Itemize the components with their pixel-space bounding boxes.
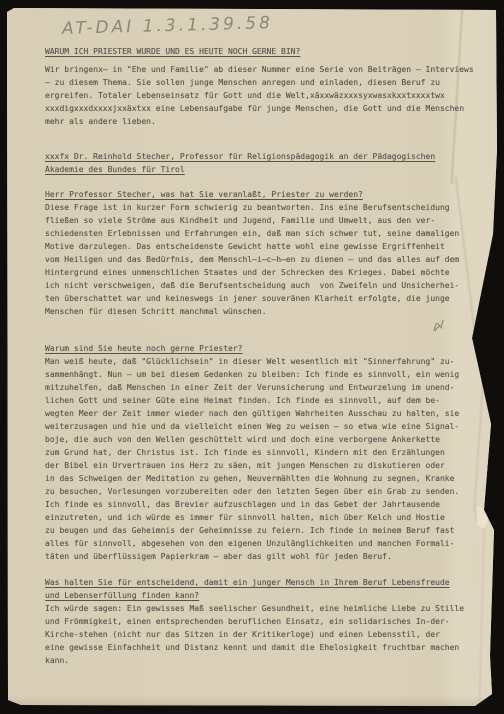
scanned-document-page: { "page": { "background_color": "#0f0e0c…: [0, 0, 504, 714]
paper-shadow: [7, 696, 497, 706]
answer-1: Diese Frage ist in kurzer Form schwierig…: [45, 201, 487, 318]
handwritten-archive-reference: AT-DAI 1.3.1.39.58: [62, 13, 273, 39]
intro: Wir bringenx̶ in "Ehe und Familie" ab di…: [45, 63, 487, 128]
pencil-correction-mark: [431, 316, 447, 334]
question-3: Was halten Sie für entscheidend, damit e…: [45, 576, 487, 602]
answer-3: Ich würde sagen: Ein gewisses Maß seelis…: [45, 602, 487, 667]
question-1: Herr Professor Stecher, was hat Sie vera…: [45, 188, 487, 201]
scanned-paper: AT-DAI 1.3.1.39.58 WARUM ICH PRIESTER WU…: [7, 8, 497, 706]
interviewee: xxxfx Dr. Reinhold Stecher, Professor fü…: [45, 150, 487, 176]
question-2: Warum sind Sie heute noch gerne Priester…: [45, 342, 487, 355]
title: WARUM ICH PRIESTER WURDE UND ES HEUTE NO…: [45, 45, 487, 58]
answer-2: Man weiß heute, daß "Glücklichsein" in d…: [45, 355, 487, 563]
document-body: WARUM ICH PRIESTER WURDE UND ES HEUTE NO…: [45, 45, 487, 667]
